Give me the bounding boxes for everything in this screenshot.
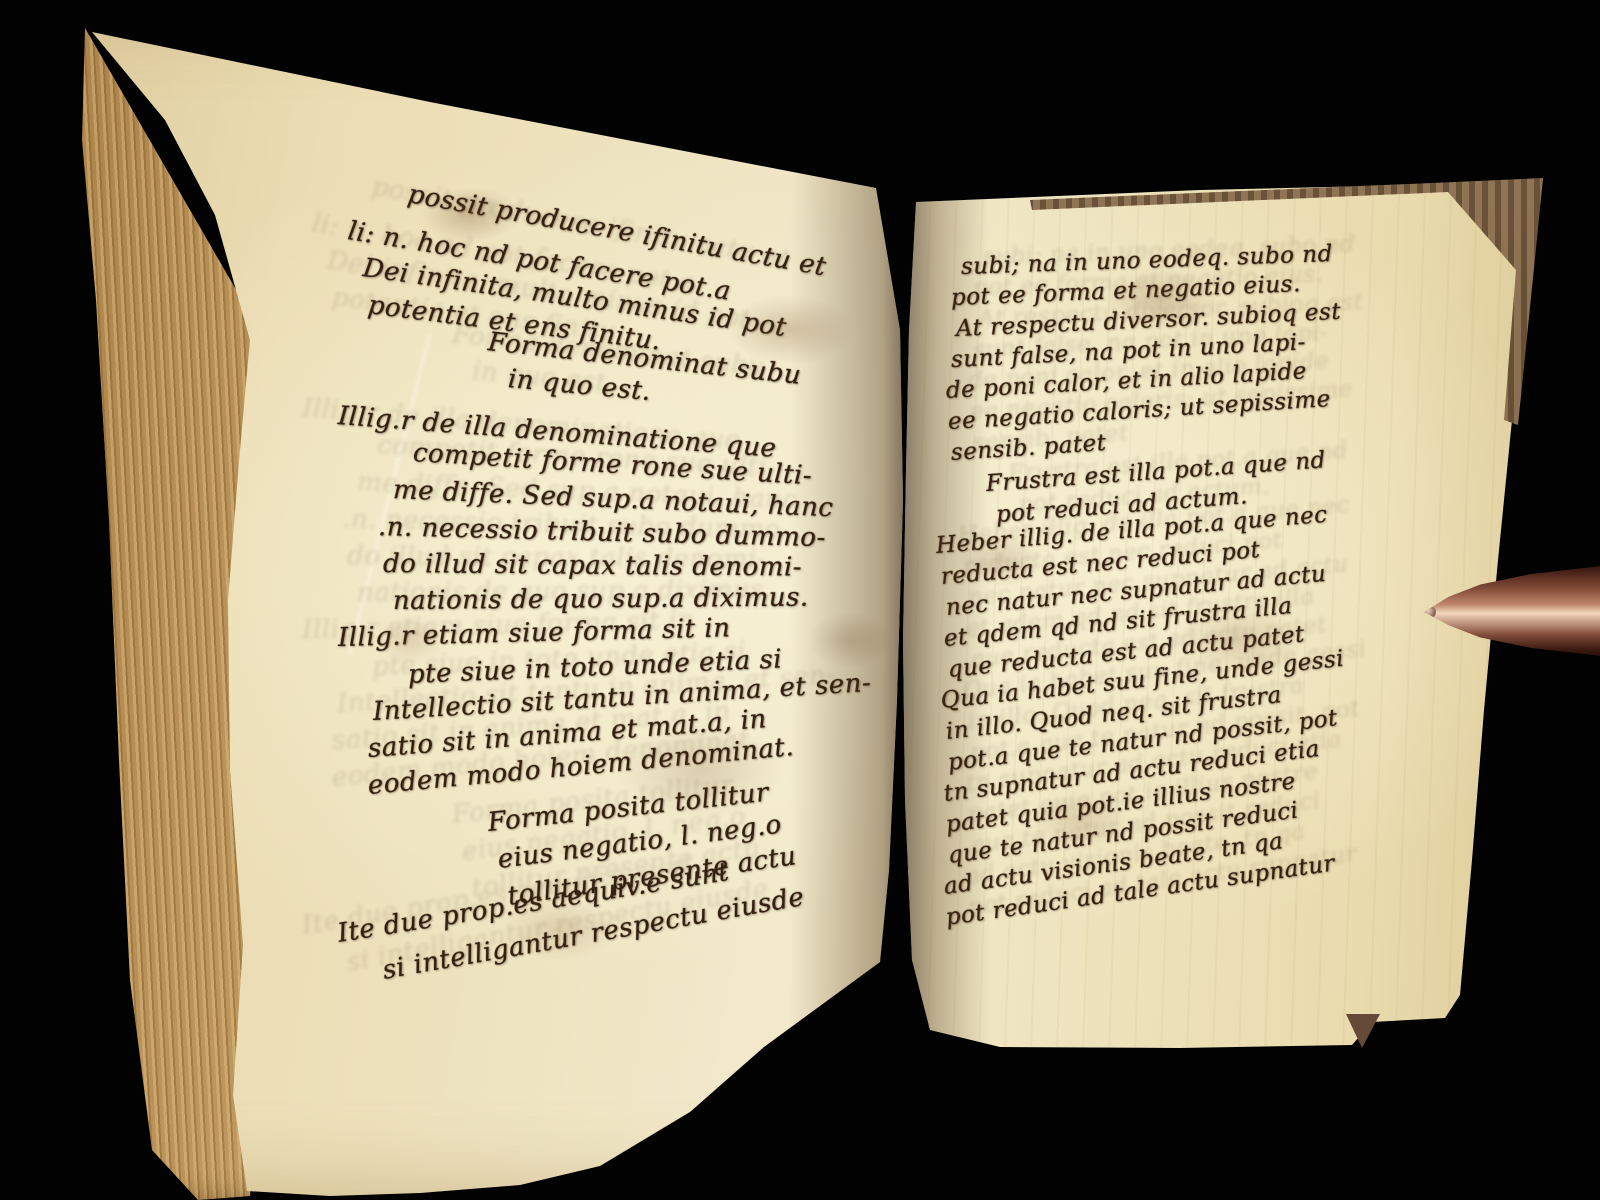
gutter-shadow-right	[900, 180, 990, 1060]
gutter-shadow-left	[790, 170, 908, 1050]
right-page-text: subi; na in uno eodeq. subo ndpot ee for…	[936, 252, 1426, 934]
photo-scene: possit producere ifinitu actu etli: n. h…	[0, 0, 1600, 1200]
